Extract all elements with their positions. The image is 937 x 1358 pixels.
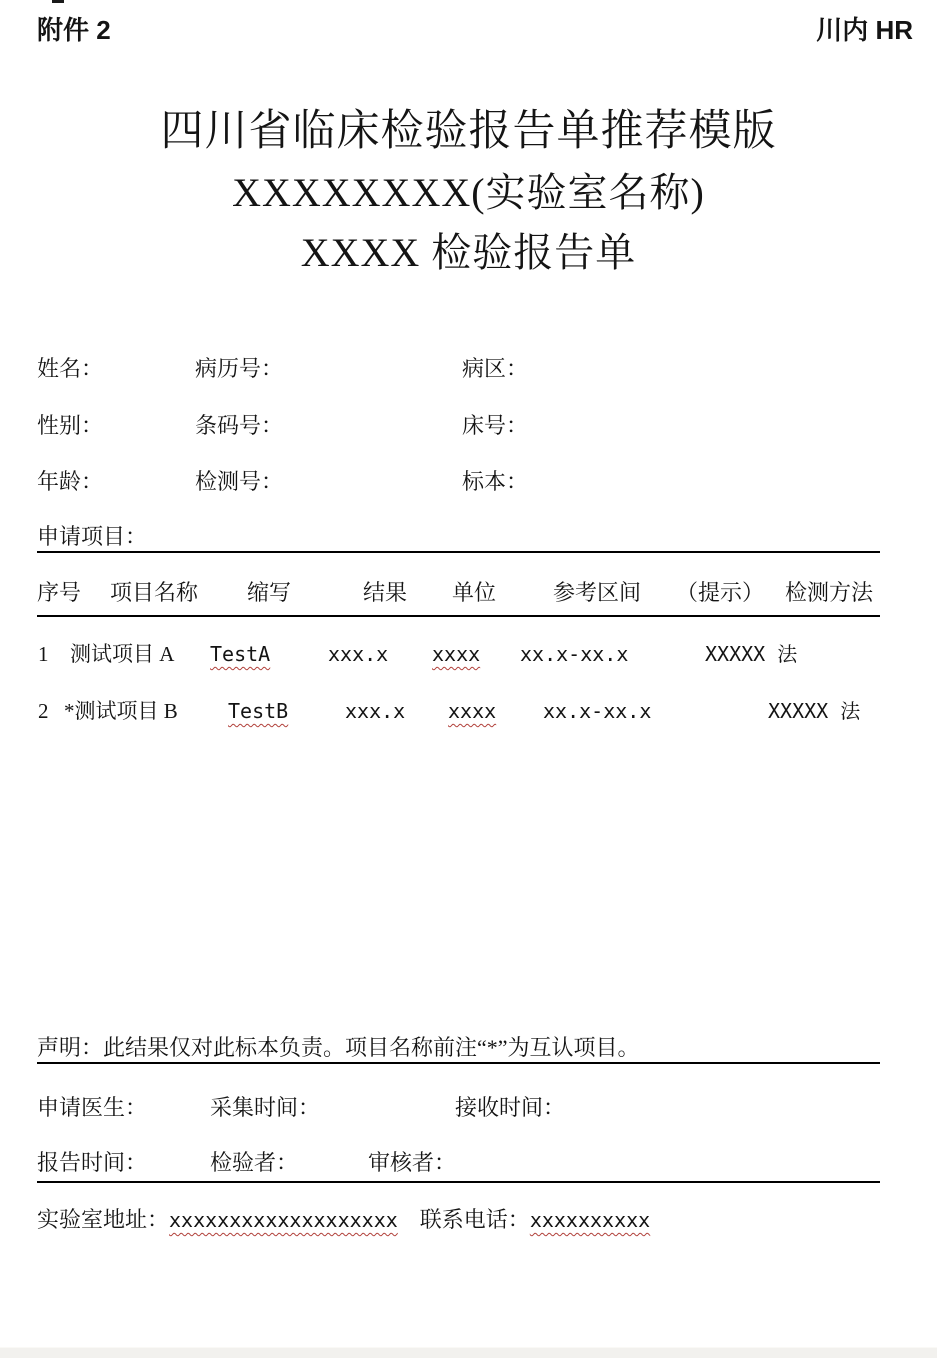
field-label-ward: 病区：: [462, 355, 528, 383]
field-label-receive-time: 接收时间：: [455, 1094, 565, 1122]
field-label-phone: 联系电话：: [420, 1207, 530, 1232]
field-label-report-time: 报告时间：: [37, 1149, 147, 1177]
cell-unit: xxxx: [448, 698, 496, 724]
field-label-bed-no: 床号：: [462, 412, 528, 440]
field-label-tester: 检验者：: [210, 1149, 298, 1177]
field-label-collect-time: 采集时间：: [210, 1094, 320, 1122]
cell-abbr: TestA: [210, 641, 270, 667]
divider-table-header: [37, 615, 880, 617]
field-label-requesting-doctor: 申请医生：: [37, 1094, 147, 1122]
field-label-test-no: 检测号：: [195, 468, 283, 496]
cell-seq: 2: [38, 698, 49, 724]
col-header-unit: 单位: [452, 580, 496, 606]
scan-artifact: [52, 0, 64, 3]
field-label-barcode-no: 条码号：: [195, 412, 283, 440]
report-page: 附件 2 川内 HR 四川省临床检验报告单推荐模版 XXXXXXXX(实验室名称…: [0, 0, 937, 1358]
cell-abbr: TestB: [228, 698, 288, 724]
col-header-item-name: 项目名称: [110, 580, 198, 606]
disclaimer-statement: 声明：此结果仅对此标本负责。项目名称前注“*”为互认项目。: [37, 1034, 640, 1062]
field-label-specimen: 标本：: [462, 468, 528, 496]
report-subtitle: XXXX 检验报告单: [0, 228, 937, 278]
cell-unit: xxxx: [432, 641, 480, 667]
cell-ref-range: xx.x-xx.x: [520, 641, 628, 667]
col-header-ref-range: 参考区间: [553, 580, 641, 606]
divider-statement: [37, 1062, 880, 1064]
cell-method: XXXXX 法: [768, 698, 860, 724]
field-label-name: 姓名：: [37, 355, 103, 383]
col-header-abbr: 缩写: [247, 580, 291, 606]
lab-address-placeholder: xxxxxxxxxxxxxxxxxxx: [169, 1208, 398, 1232]
field-label-record-no: 病历号：: [195, 355, 283, 383]
cell-ref-range: xx.x-xx.x: [543, 698, 651, 724]
field-label-reviewer: 审核者：: [368, 1149, 456, 1177]
cell-seq: 1: [38, 641, 49, 667]
corner-label: 川内 HR: [816, 15, 913, 45]
divider-top: [37, 551, 880, 553]
col-header-seq: 序号: [37, 580, 81, 606]
cell-result: xxx.x: [328, 641, 388, 667]
cell-item-name: *测试项目 B: [64, 698, 178, 724]
page-title: 四川省临床检验报告单推荐模版: [0, 106, 937, 158]
phone-placeholder: xxxxxxxxxx: [530, 1208, 650, 1232]
attachment-label: 附件 2: [37, 15, 111, 45]
page-bottom-edge: [0, 1347, 937, 1358]
cell-result: xxx.x: [345, 698, 405, 724]
field-label-requested-items: 申请项目：: [37, 523, 147, 551]
field-label-age: 年龄：: [37, 468, 103, 496]
field-label-lab-address: 实验室地址：: [37, 1207, 169, 1232]
field-label-sex: 性别：: [37, 412, 103, 440]
cell-method: XXXXX 法: [705, 641, 797, 667]
lab-name-placeholder: XXXXXXXX(实验室名称): [0, 168, 937, 218]
divider-signoff: [37, 1181, 880, 1183]
footer-contact-row: 实验室地址：xxxxxxxxxxxxxxxxxxx联系电话：xxxxxxxxxx: [37, 1206, 650, 1234]
col-header-method: 检测方法: [785, 580, 873, 606]
col-header-result: 结果: [363, 580, 407, 606]
cell-item-name: 测试项目 A: [70, 641, 174, 667]
col-header-flag: （提示）: [676, 580, 764, 606]
